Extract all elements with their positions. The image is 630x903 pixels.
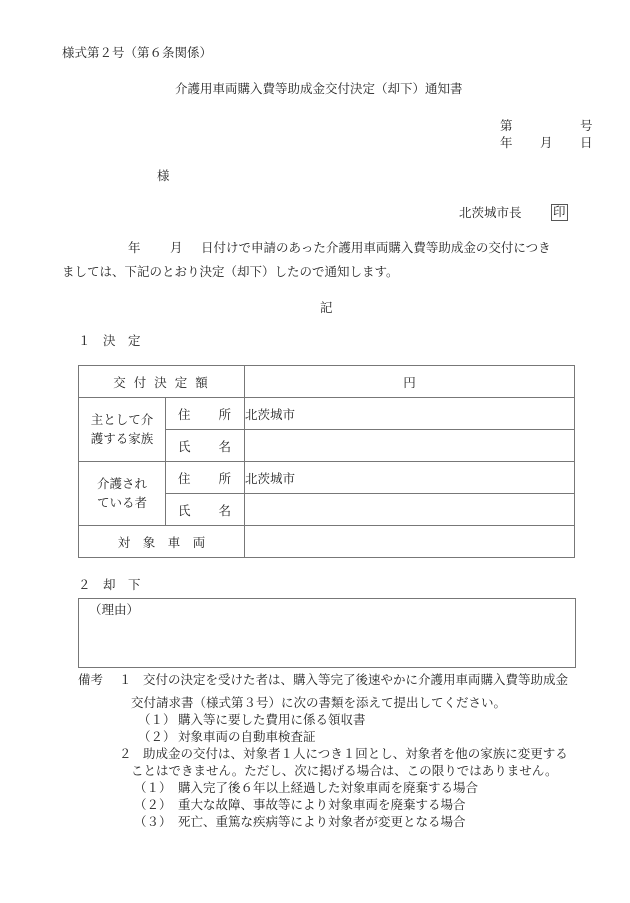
addressee-suffix: 様 <box>157 170 170 183</box>
issuer: 北茨城市長 <box>459 207 522 220</box>
reason-box[interactable]: （理由） <box>78 598 576 668</box>
vehicle-field[interactable] <box>245 526 575 558</box>
note1-item1-num: （１） <box>138 714 176 727</box>
table-row: 交 付 決 定 額 円 <box>79 366 575 398</box>
note1-number: １ <box>119 674 132 687</box>
recipient-label-line2: ている者 <box>79 494 165 512</box>
note2-item3-text: 死亡、重篤な疾病等により対象者が変更となる場合 <box>178 816 466 829</box>
caregiver-address-label: 住所 <box>166 398 245 430</box>
form-number: 様式第２号（第６条関係） <box>62 47 212 60</box>
note2-line2: ことはできません。ただし、次に掲げる場合は、この限りではありません。 <box>131 765 558 778</box>
note2-item2-text: 重大な故障、事故等により対象車両を廃棄する場合 <box>178 799 466 812</box>
caregiver-name-field[interactable] <box>245 430 575 462</box>
note2-line1: 助成金の交付は、対象者１人につき１回とし、対象者を他の家族に変更する <box>143 748 568 761</box>
document-title: 介護用車両購入費等助成金交付決定（却下）通知書 <box>175 83 463 96</box>
caregiver-name-label: 氏名 <box>166 430 245 462</box>
caregiver-label: 主として介 護する家族 <box>79 398 166 462</box>
note2-item1-num: （１） <box>134 782 172 795</box>
note1-item1-text: 購入等に要した費用に係る領収書 <box>178 714 366 727</box>
amount-value: 円 <box>245 366 575 398</box>
vehicle-label: 対 象 車 両 <box>79 526 245 558</box>
ki-heading: 記 <box>320 302 333 315</box>
recipient-name-label: 氏名 <box>166 494 245 526</box>
note1-item2-num: （２） <box>138 731 176 744</box>
body-line1-text: 日付けで申請のあった介護用車両購入費等助成金の交付につき <box>201 242 551 255</box>
recipient-address-field[interactable]: 北茨城市 <box>245 462 575 494</box>
note2-number: ２ <box>119 748 132 761</box>
seal-box: 印 <box>551 204 568 221</box>
note1-line2: 交付請求書（様式第３号）に次の書類を添えて提出してください。 <box>131 697 506 710</box>
recipient-name-field[interactable] <box>245 494 575 526</box>
table-row: 主として介 護する家族 住所 北茨城市 <box>79 398 575 430</box>
recipient-label: 介護され ている者 <box>79 462 166 526</box>
caregiver-label-line2: 護する家族 <box>79 430 165 448</box>
body-line1-month: 月 <box>170 242 183 255</box>
note2-item3-num: （３） <box>134 816 172 829</box>
decision-table: 交 付 決 定 額 円 主として介 護する家族 住所 北茨城市 氏名 介護され … <box>78 365 575 558</box>
note1-item2-text: 対象車両の自動車検査証 <box>178 731 316 744</box>
recipient-address-label: 住所 <box>166 462 245 494</box>
body-line2-text: ましては、下記のとおり決定（却下）したので通知します。 <box>62 266 399 279</box>
amount-label: 交 付 決 定 額 <box>79 366 245 398</box>
date-day: 日 <box>580 137 593 150</box>
note2-item2-num: （２） <box>134 799 172 812</box>
body-line1-year: 年 <box>128 242 141 255</box>
table-row: 対 象 車 両 <box>79 526 575 558</box>
notes-label: 備考 <box>78 674 103 687</box>
caregiver-label-line1: 主として介 <box>79 411 165 429</box>
section2-heading: ２ 却 下 <box>78 579 141 592</box>
doc-no-prefix: 第 <box>500 120 513 133</box>
reason-label: （理由） <box>89 604 139 617</box>
note2-item1-text: 購入完了後６年以上経過した対象車両を廃棄する場合 <box>178 782 478 795</box>
table-row: 介護され ている者 住所 北茨城市 <box>79 462 575 494</box>
recipient-label-line1: 介護され <box>79 475 165 493</box>
caregiver-address-field[interactable]: 北茨城市 <box>245 398 575 430</box>
doc-no-suffix: 号 <box>580 120 593 133</box>
seal-mark: 印 <box>551 204 568 221</box>
note1-line1: 交付の決定を受けた者は、購入等完了後速やかに介護用車両購入費等助成金 <box>143 674 568 687</box>
date-month: 月 <box>540 137 553 150</box>
section1-heading: １ 決 定 <box>78 335 141 348</box>
date-year: 年 <box>500 137 513 150</box>
